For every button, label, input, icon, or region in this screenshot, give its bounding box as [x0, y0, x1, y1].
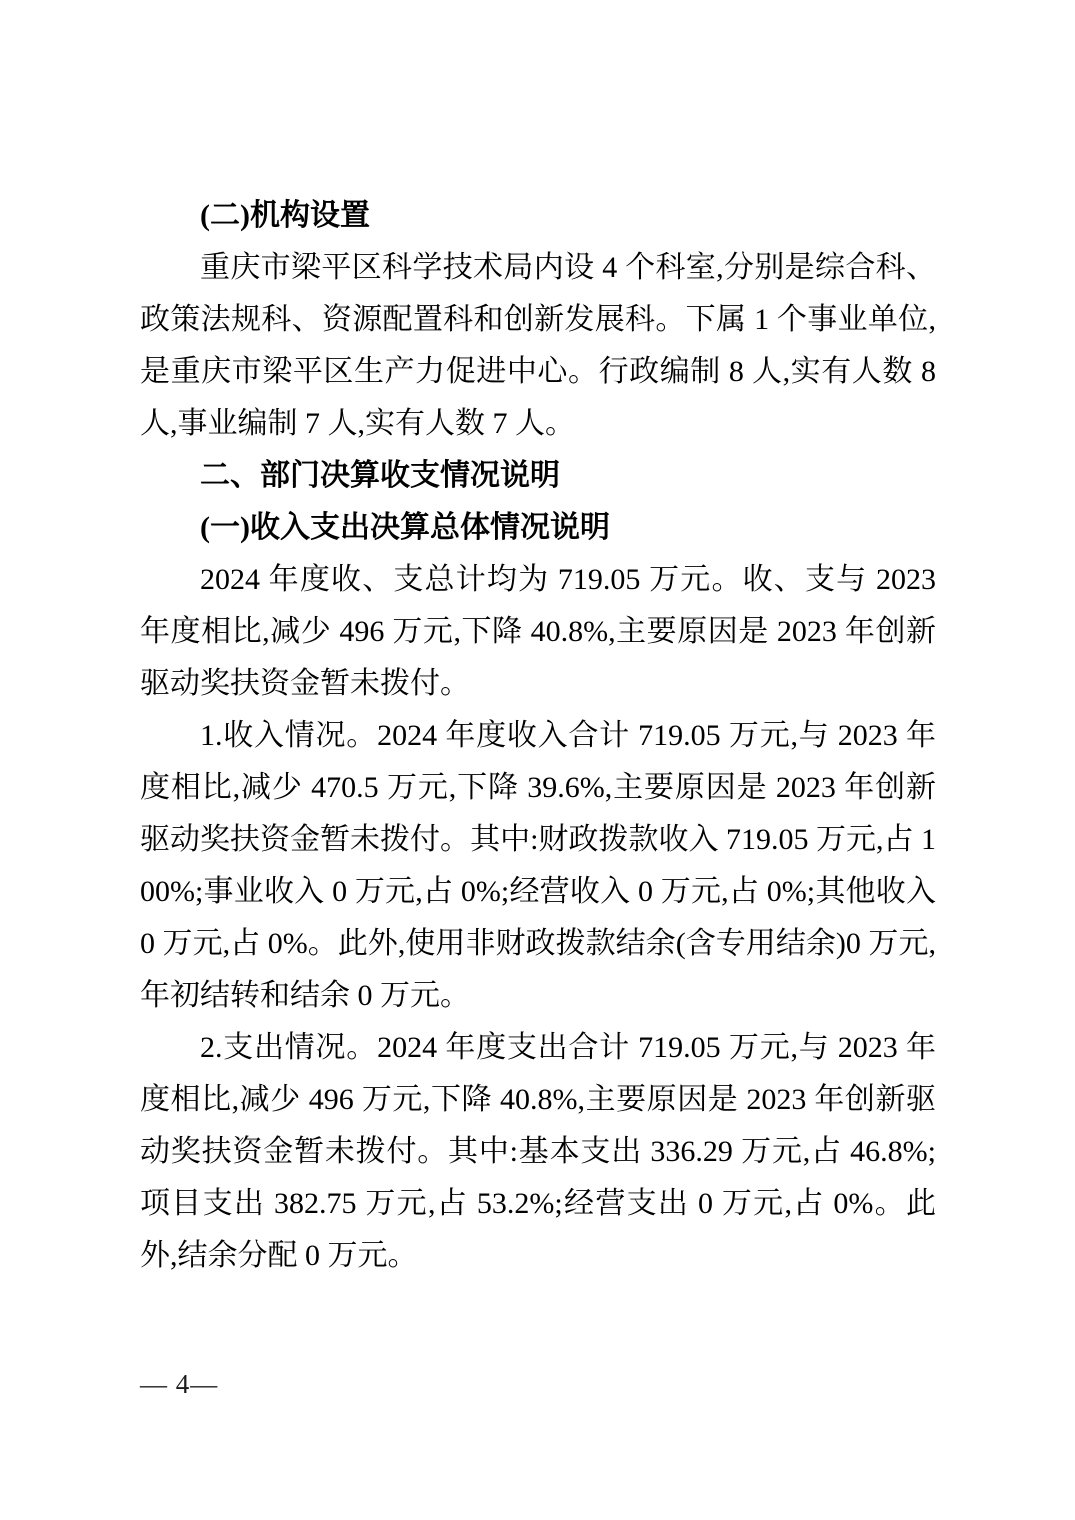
page-number: — 4— [140, 1366, 218, 1402]
paragraph-expense-detail: 2.支出情况。2024 年度支出合计 719.05 万元,与 2023 年度相比… [140, 1022, 936, 1282]
heading-income-expense-overview: (一)收入支出决算总体情况说明 [140, 502, 936, 554]
document-content: (二)机构设置 重庆市梁平区科学技术局内设 4 个科室,分别是综合科、政策法规科… [140, 190, 936, 1282]
document-page: (二)机构设置 重庆市梁平区科学技术局内设 4 个科室,分别是综合科、政策法规科… [0, 0, 1075, 1520]
paragraph-total-overview: 2024 年度收、支总计均为 719.05 万元。收、支与 2023 年度相比,… [140, 554, 936, 710]
paragraph-income-detail: 1.收入情况。2024 年度收入合计 719.05 万元,与 2023 年度相比… [140, 710, 936, 1022]
paragraph-org-structure: 重庆市梁平区科学技术局内设 4 个科室,分别是综合科、政策法规科、资源配置科和创… [140, 242, 936, 450]
heading-budget-statement: 二、部门决算收支情况说明 [140, 450, 936, 502]
heading-org-structure: (二)机构设置 [140, 190, 936, 242]
